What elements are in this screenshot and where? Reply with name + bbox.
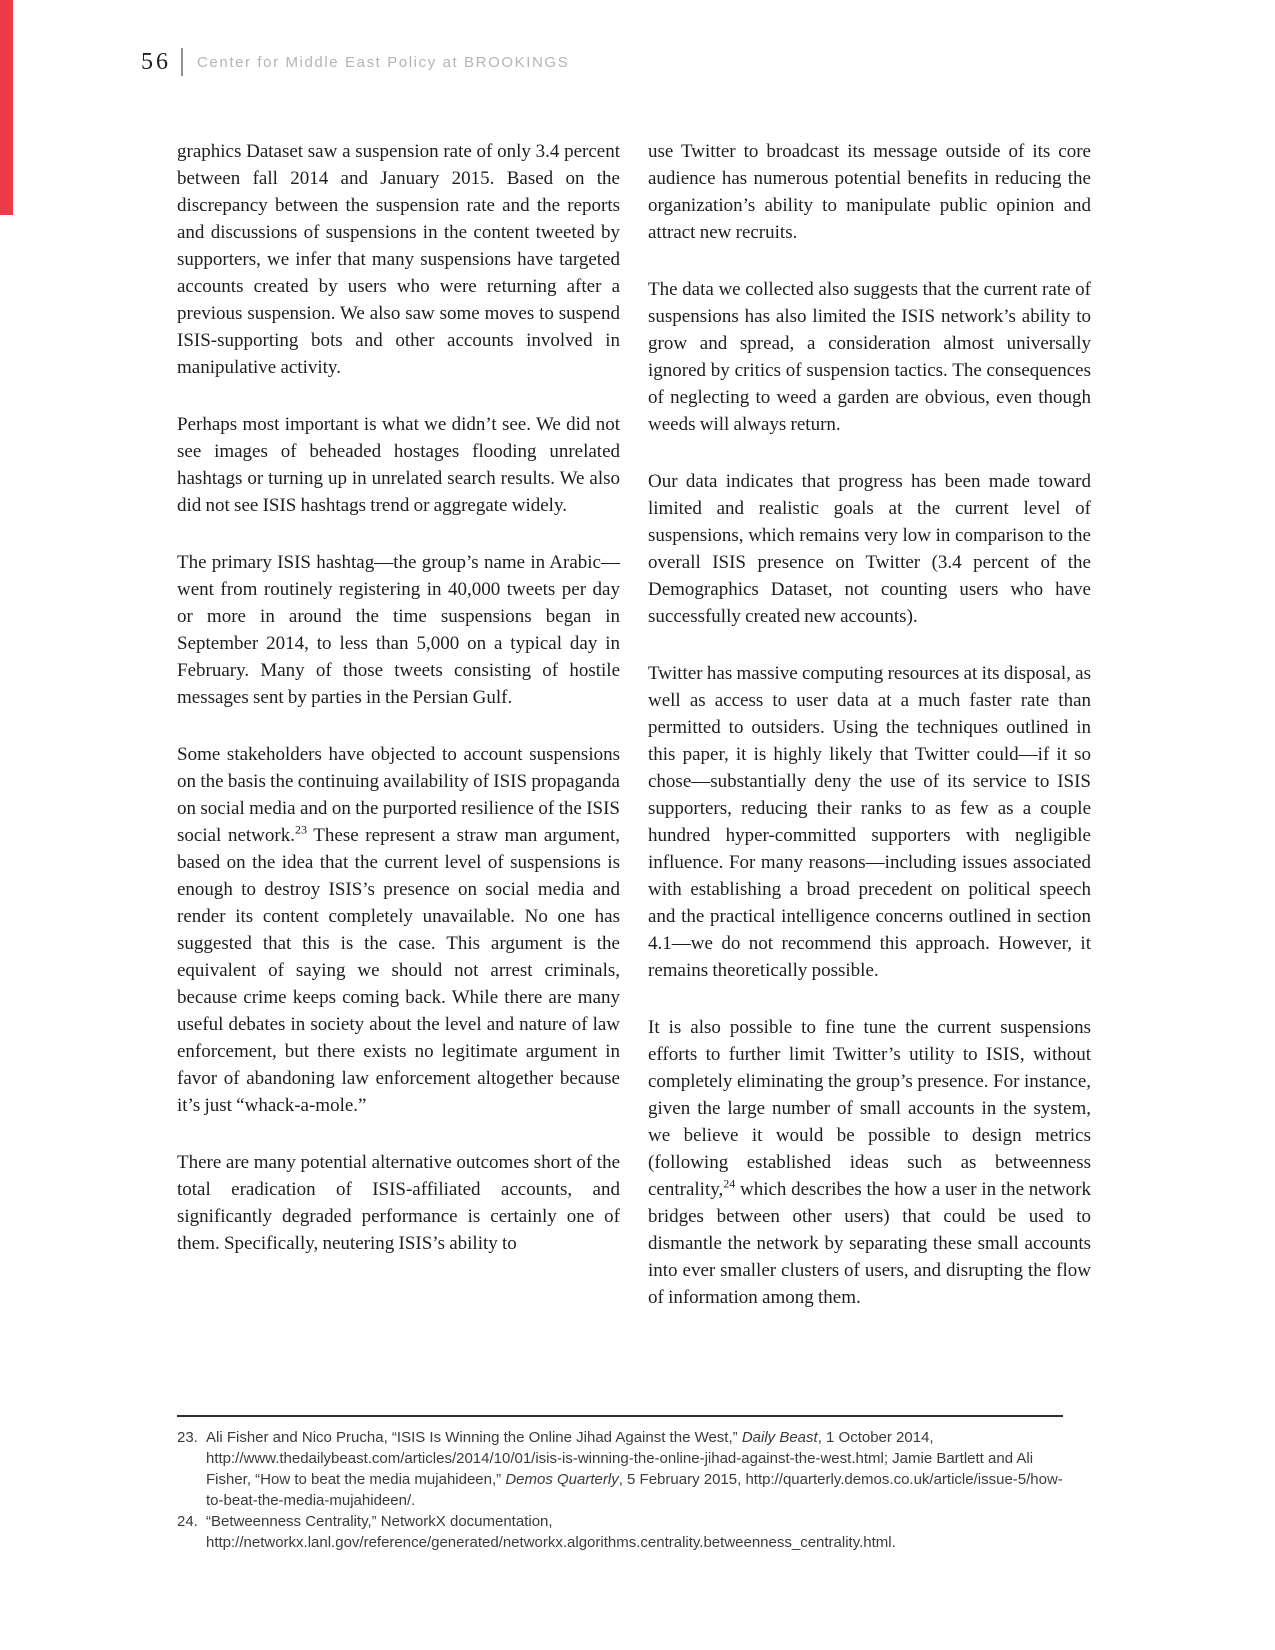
right-column: use Twitter to broadcast its message out…: [648, 138, 1091, 1311]
left-column: graphics Dataset saw a suspension rate o…: [177, 138, 620, 1311]
footnote-text: “Betweenness Centrality,” NetworkX docum…: [206, 1511, 1063, 1553]
body-paragraph: Our data indicates that progress has bee…: [648, 468, 1091, 630]
footnote-reference: 23: [295, 823, 307, 837]
header-divider: [181, 48, 183, 76]
footnote-list: 23.Ali Fisher and Nico Prucha, “ISIS Is …: [177, 1427, 1063, 1553]
body-paragraph: Twitter has massive computing resources …: [648, 660, 1091, 984]
text-run: graphics Dataset saw a suspension rate o…: [177, 141, 620, 378]
italic-text: Demos Quarterly: [505, 1471, 618, 1488]
text-run: It is also possible to fine tune the cur…: [648, 1017, 1091, 1200]
text-columns: graphics Dataset saw a suspension rate o…: [177, 138, 1091, 1311]
footnote-number: 24.: [177, 1511, 206, 1553]
body-paragraph: Perhaps most important is what we didn’t…: [177, 411, 620, 519]
header-title: Center for Middle East Policy at BROOKIN…: [197, 54, 569, 71]
text-run: There are many potential alternative out…: [177, 1152, 620, 1254]
page-edge-accent-bar: [0, 0, 13, 215]
text-run: The primary ISIS hashtag—the group’s nam…: [177, 552, 620, 708]
body-paragraph: There are many potential alternative out…: [177, 1149, 620, 1257]
text-run: Twitter has massive computing resources …: [648, 663, 1091, 981]
text-run: Ali Fisher and Nico Prucha, “ISIS Is Win…: [206, 1429, 742, 1446]
text-run: Our data indicates that progress has bee…: [648, 471, 1091, 627]
body-paragraph: use Twitter to broadcast its message out…: [648, 138, 1091, 246]
footnote-item: 23.Ali Fisher and Nico Prucha, “ISIS Is …: [177, 1427, 1063, 1511]
footnote-text: Ali Fisher and Nico Prucha, “ISIS Is Win…: [206, 1427, 1063, 1511]
text-run: “Betweenness Centrality,” NetworkX docum…: [206, 1513, 896, 1551]
footnote-divider-rule: [177, 1415, 1063, 1417]
body-paragraph: graphics Dataset saw a suspension rate o…: [177, 138, 620, 381]
footnote-item: 24.“Betweenness Centrality,” NetworkX do…: [177, 1511, 1063, 1553]
footnote-section: 23.Ali Fisher and Nico Prucha, “ISIS Is …: [177, 1415, 1063, 1553]
page-number: 56: [141, 49, 171, 76]
footnote-reference: 24: [723, 1177, 735, 1191]
text-run: use Twitter to broadcast its message out…: [648, 141, 1091, 243]
body-paragraph: It is also possible to fine tune the cur…: [648, 1014, 1091, 1311]
body-paragraph: Some stakeholders have objected to accou…: [177, 741, 620, 1119]
body-paragraph: The data we collected also suggests that…: [648, 276, 1091, 438]
text-run: Perhaps most important is what we didn’t…: [177, 414, 620, 516]
text-run: The data we collected also suggests that…: [648, 279, 1091, 435]
page-header: 56 Center for Middle East Policy at BROO…: [141, 48, 569, 76]
italic-text: Daily Beast: [742, 1429, 818, 1446]
text-run: These represent a straw man argument, ba…: [177, 825, 620, 1116]
document-page: 56 Center for Middle East Policy at BROO…: [0, 0, 1275, 1650]
body-paragraph: The primary ISIS hashtag—the group’s nam…: [177, 549, 620, 711]
footnote-number: 23.: [177, 1427, 206, 1511]
